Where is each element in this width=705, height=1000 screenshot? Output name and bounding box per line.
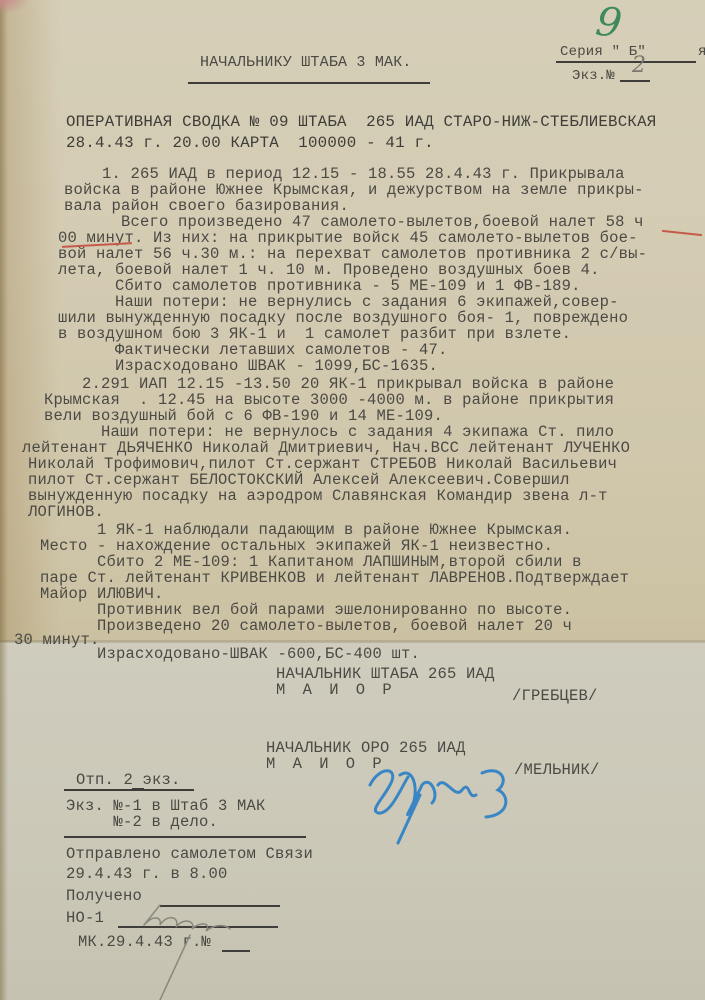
section2-line: пилот Ст.сержант БЕЛОСТОКСКИЙ Алексей Ал…: [28, 472, 570, 488]
copy-number-handwritten: 2: [632, 53, 646, 78]
copy2-destination: №-2 в дело.: [66, 814, 218, 830]
section2-line: ЛОГИНОВ.: [28, 504, 104, 520]
section1-line: шили вынужденную посадку после воздушног…: [58, 310, 628, 326]
section1-line: вой налет 56 ч.30 м.: на перехват самоле…: [58, 246, 647, 262]
section1-line: Израсходовано ШВАК - 1099,БС-1635.: [58, 358, 438, 374]
pencil-receipt-signature: [140, 895, 270, 1000]
section2-line: Противник вел бой парами эшелонированно …: [40, 602, 572, 618]
section1-line: в воздушном бою 3 ЯК-1 и 1 самолет разби…: [58, 326, 571, 342]
page-fold-line: [0, 640, 705, 643]
received-label: Получено: [66, 888, 142, 904]
signatory2-name: /МЕЛЬНИК/: [514, 762, 600, 778]
binding-edge: [0, 0, 8, 1000]
section2-line: Израсходовано-ШВАК -600,БС-400 шт.: [40, 646, 420, 662]
section1-line: войска в районе Южнее Крымская, и дежурс…: [64, 182, 644, 198]
section2-line: паре Ст. лейтенант КРИВЕНКОВ и лейтенант…: [40, 570, 629, 586]
signatory1-name: /ГРЕБЦЕВ/: [512, 688, 598, 704]
section2-line: Крымская . 12.45 на высоте 3000 -4000 м.…: [44, 392, 614, 408]
section2-line: Место - нахождение остальных экипажей ЯК…: [40, 538, 553, 554]
section2-line: вынужденную посадку на аэродром Славянск…: [28, 488, 608, 504]
section2-line: Наши потери: не вернулось с задания 4 эк…: [44, 424, 614, 440]
section1-line: Наши потери: не вернулись с задания 6 эк…: [58, 294, 619, 310]
addressee-underline: [188, 82, 430, 84]
section2-line: Сбито 2 МЕ-109: 1 Капитаном ЛАПШИНЫМ,вто…: [40, 554, 582, 570]
copy-number-underline: [620, 80, 650, 82]
section1-line: лета, боевой налет 1 ч. 10 м. Проведено …: [58, 262, 600, 278]
section2-line: Майор ИЛЮВИЧ.: [40, 586, 164, 602]
signatory1-title: НАЧАЛЬНИК ШТАБА 265 ИАД: [276, 666, 495, 682]
signatory2-title: НАЧАЛЬНИК ОРО 265 ИАД: [266, 740, 466, 756]
series-underline: [556, 61, 696, 63]
sent-by: Отправлено самолетом Связи: [66, 846, 313, 862]
section2-line: Произведено 20 самолето-вылетов, боевой …: [40, 618, 572, 634]
corner-stain: [0, 0, 30, 14]
section1-line: 1. 265 ИАД в период 12.15 - 18.55 28.4.4…: [64, 166, 625, 182]
section1-line: 00 минут. Из них: на прикрытие войск 45 …: [58, 230, 638, 246]
section2-line: лейтенант ДЬЯЧЕНКО Николай Дмитриевич, Н…: [22, 440, 630, 456]
sent-at: 29.4.43 г. в 8.00: [66, 866, 228, 882]
section1-line: Всего произведено 47 самолето-вылетов,бо…: [64, 214, 644, 230]
report-heading-line2: 28.4.43 г. 20.00 КАРТА 100000 - 41 г.: [66, 135, 434, 151]
blue-ink-signature: [360, 755, 520, 845]
copies-printed: Отп. 2 экз.: [76, 772, 181, 788]
section1-line: Сбито самолетов противника - 5 МЕ-109 и …: [58, 278, 581, 294]
report-heading-line1: ОПЕРАТИВНАЯ СВОДКА № 09 ШТАБА 265 ИАД СТ…: [66, 114, 656, 130]
section1-line: вала район своего базирования.: [64, 198, 349, 214]
section2-line: вели воздушный бой с 6 ФВ-190 и 14 МЕ-10…: [44, 408, 443, 424]
section1-line: Фактически летавших самолетов - 47.: [58, 342, 448, 358]
distribution-divider: [64, 836, 306, 838]
recipient-label: НО-1: [66, 910, 104, 926]
addressee: НАЧАЛЬНИКУ ШТАБА 3 МАК.: [200, 55, 412, 71]
copy-label: Экз.№: [572, 68, 615, 84]
section2-line: Николай Трофимович,пилот Ст.сержант СТРЕ…: [28, 456, 617, 472]
copy1-destination: Экз. №-1 в Штаб 3 МАК: [66, 798, 266, 814]
section2-line: 2.291 ИАП 12.15 -13.50 20 ЯК-1 прикрывал…: [44, 376, 614, 392]
series-fragment: я: [698, 44, 705, 60]
distribution-divider: [64, 789, 194, 791]
signatory1-rank: М А И О Р: [276, 682, 396, 698]
section2-line: 1 ЯК-1 наблюдали падающим в районе Южнее…: [40, 522, 572, 538]
